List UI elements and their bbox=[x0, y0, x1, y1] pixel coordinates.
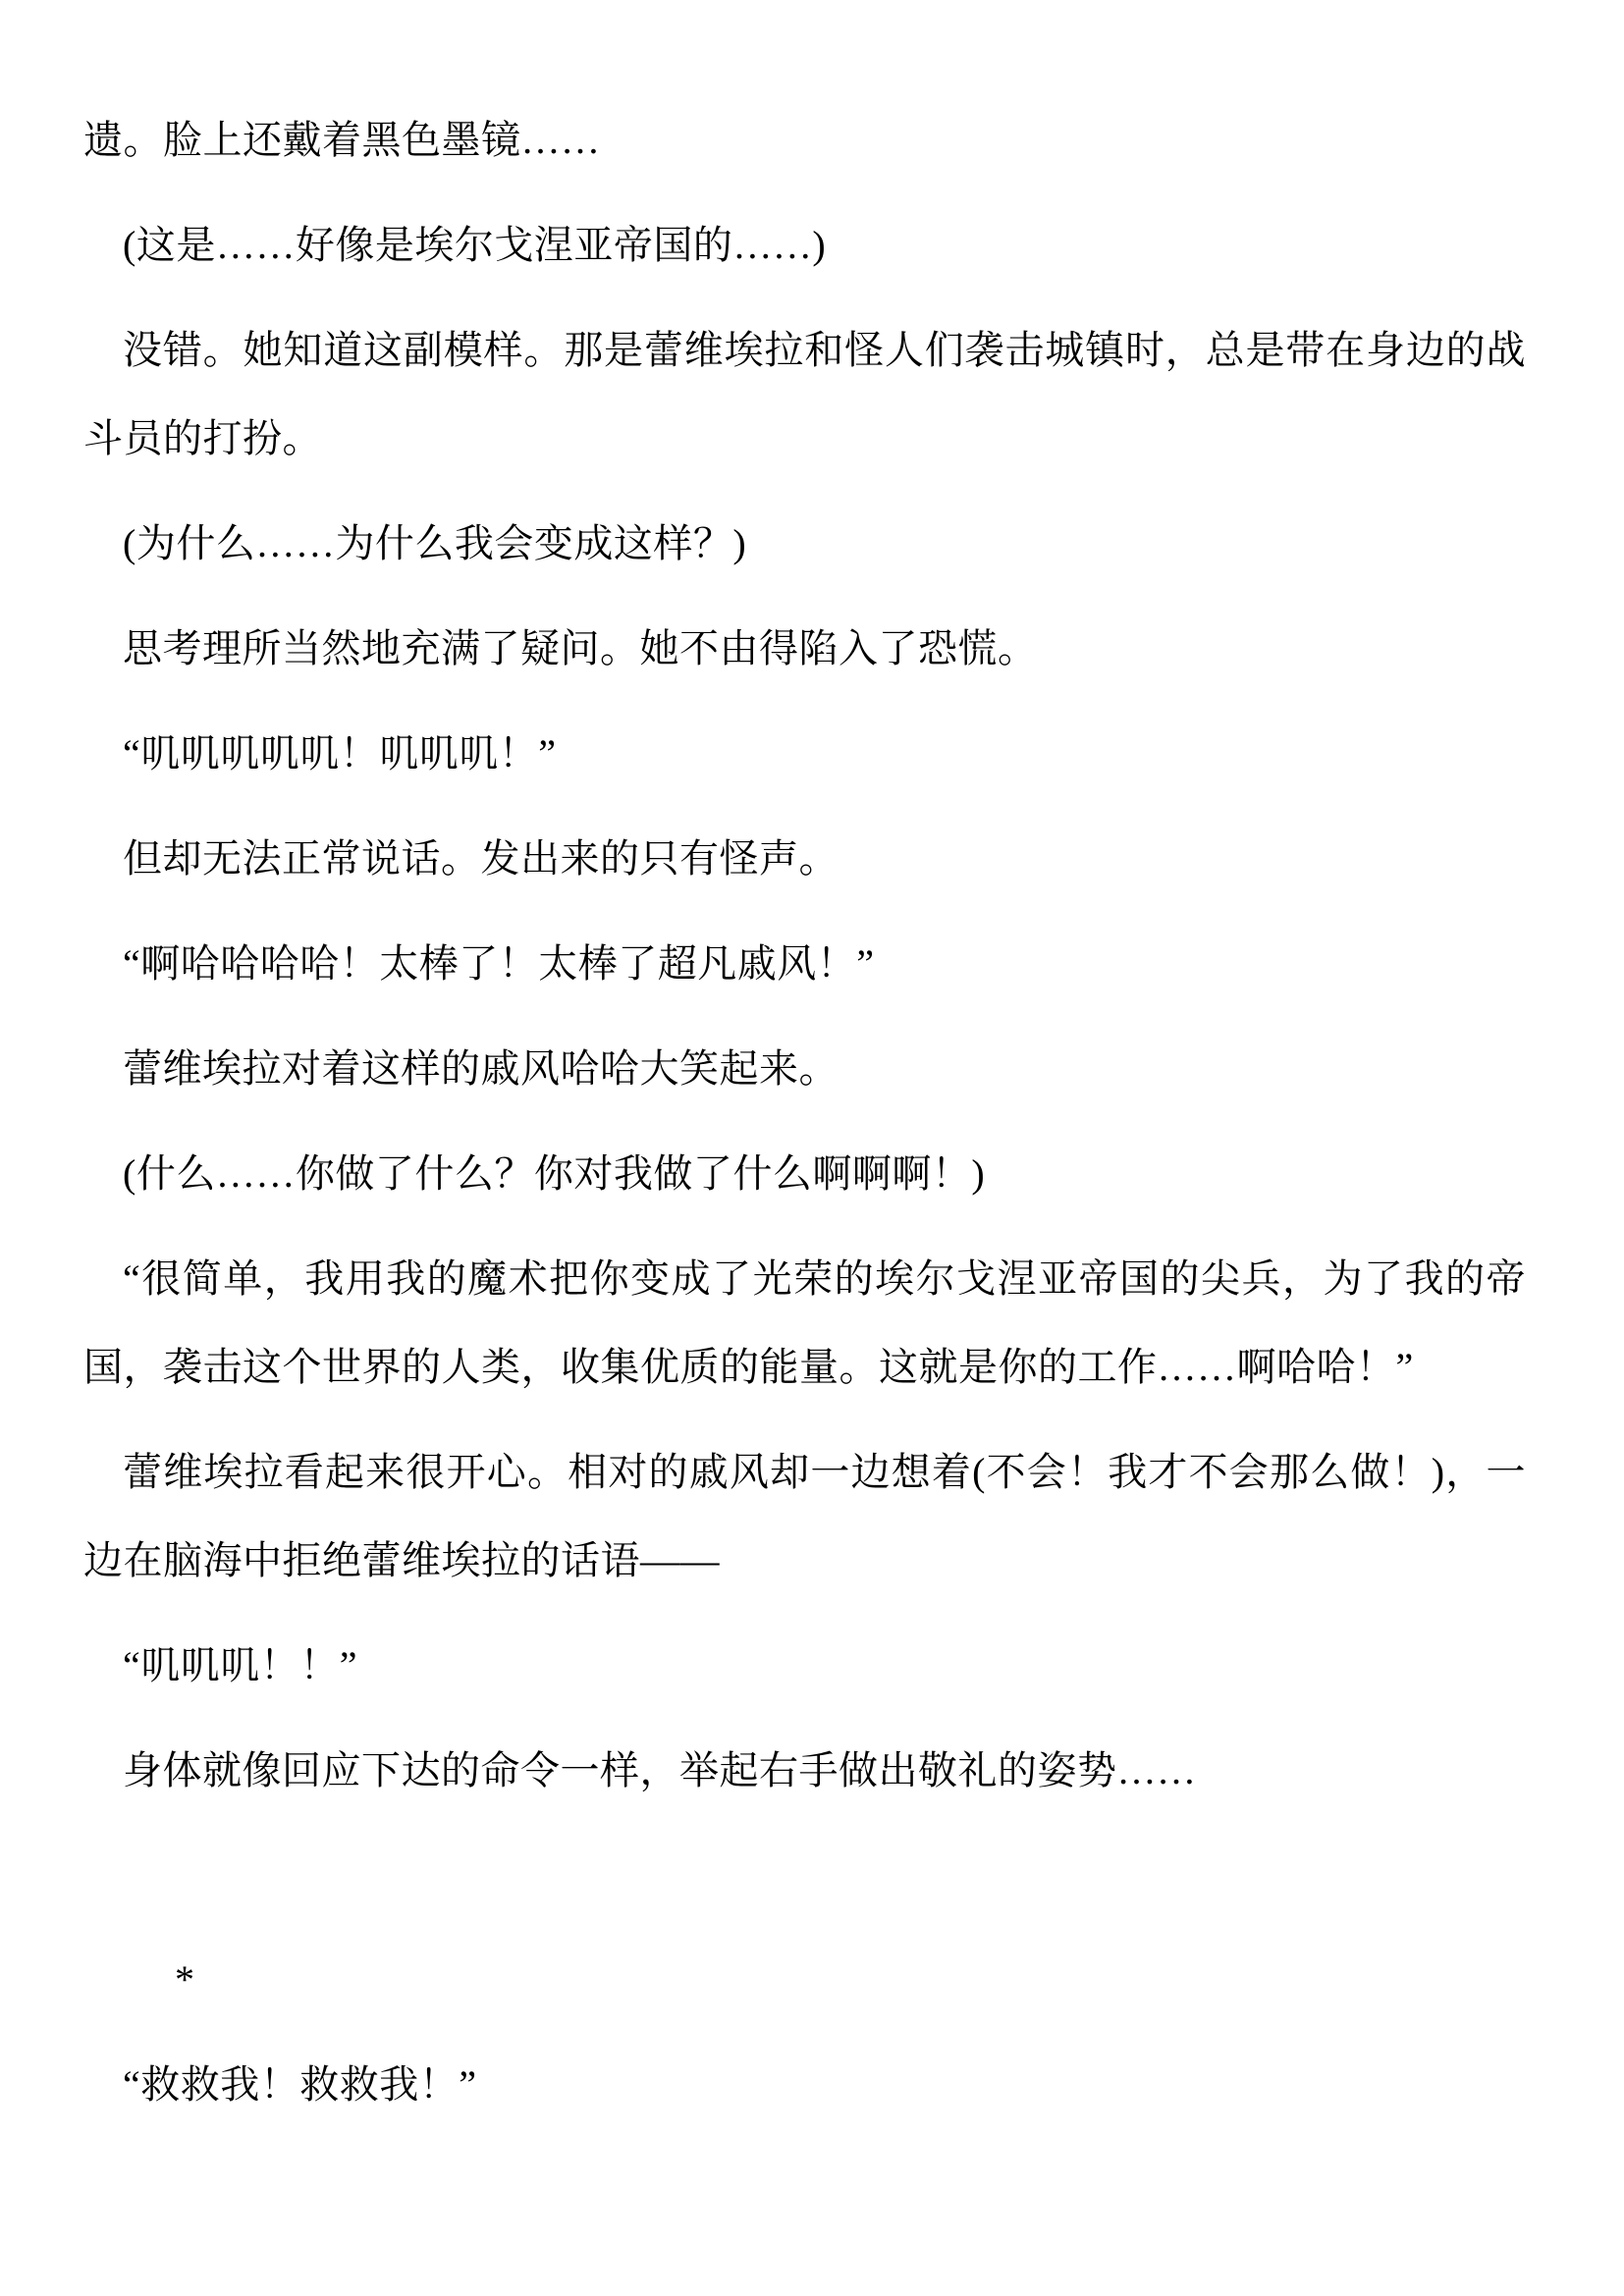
paragraph: 遗。脸上还戴着黑色墨镜…… bbox=[83, 96, 1526, 185]
paragraph: 蕾维埃拉对着这样的戚风哈哈大笑起来。 bbox=[83, 1025, 1526, 1113]
section-separator: * bbox=[83, 1936, 1526, 2024]
paragraph: 但却无法正常说话。发出来的只有怪声。 bbox=[83, 815, 1526, 903]
paragraph: (为什么……为什么我会变成这样？) bbox=[83, 500, 1526, 588]
paragraph: 思考理所当然地充满了疑问。她不由得陷入了恐慌。 bbox=[83, 605, 1526, 693]
paragraph: “叽叽叽叽叽！叽叽叽！” bbox=[83, 710, 1526, 798]
paragraph: “很简单，我用我的魔术把你变成了光荣的埃尔戈涅亚帝国的尖兵，为了我的帝国，袭击这… bbox=[83, 1235, 1526, 1412]
paragraph: (这是……好像是埃尔戈涅亚帝国的……) bbox=[83, 201, 1526, 290]
paragraph: “啊哈哈哈哈！太棒了！太棒了超凡戚风！” bbox=[83, 920, 1526, 1008]
document-page: 遗。脸上还戴着黑色墨镜…… (这是……好像是埃尔戈涅亚帝国的……) 没错。她知道… bbox=[0, 0, 1624, 2296]
paragraph: (什么……你做了什么？你对我做了什么啊啊啊！) bbox=[83, 1130, 1526, 1218]
paragraph: “叽叽叽！！” bbox=[83, 1622, 1526, 1710]
paragraph: 身体就像回应下达的命令一样，举起右手做出敬礼的姿势…… bbox=[83, 1727, 1526, 1815]
paragraph: 蕾维埃拉看起来很开心。相对的戚风却一边想着(不会！我才不会那么做！)，一边在脑海… bbox=[83, 1428, 1526, 1605]
paragraph: “救救我！救救我！” bbox=[83, 2041, 1526, 2129]
paragraph: 没错。她知道这副模样。那是蕾维埃拉和怪人们袭击城镇时，总是带在身边的战斗员的打扮… bbox=[83, 306, 1526, 483]
